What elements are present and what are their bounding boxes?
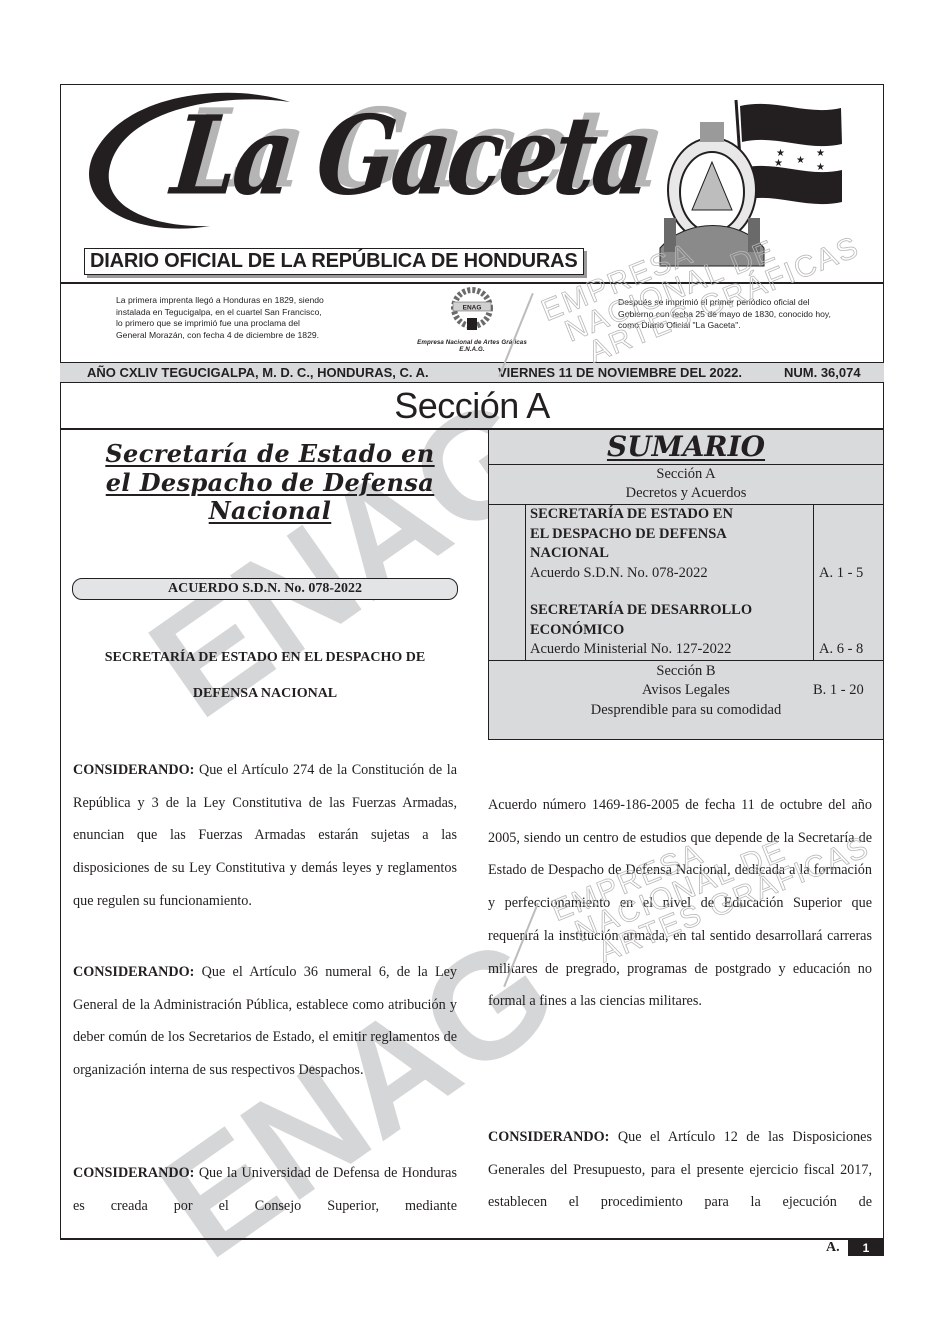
- honduras-coat-of-arms-and-flag-icon: ★★★★★: [656, 98, 906, 278]
- dept-title-line: el Despacho de Defensa: [106, 468, 435, 497]
- paragraph-lead: CONSIDERANDO:: [73, 762, 194, 778]
- sumario-entry[interactable]: SECRETARÍA DE ESTADO EN EL DESPACHO DE D…: [530, 505, 810, 583]
- entry-pages: A. 6 - 8: [819, 640, 863, 660]
- sumario-section-b-note: Desprendible para su comodidad: [489, 701, 883, 721]
- dateline-bar: AÑO CXLIV TEGUCIGALPA, M. D. C., HONDURA…: [60, 362, 884, 383]
- sumario-section-a-sub: Decretos y Acuerdos: [489, 484, 883, 504]
- paragraph-continued: Acuerdo número 1469-186-2005 de fecha 11…: [488, 789, 872, 1018]
- gear-icon: ENAG: [449, 286, 495, 334]
- acuerdo-label: ACUERDO S.D.N. No. 078-2022: [72, 578, 458, 600]
- paragraph-considerando: CONSIDERANDO: Que la Universidad de Defe…: [73, 1157, 457, 1222]
- enag-caption: Empresa Nacional de Artes Gráficas: [402, 339, 542, 346]
- svg-text:★: ★: [774, 158, 783, 169]
- dept-title-line: Secretaría de Estado en: [105, 439, 434, 468]
- paragraph-lead: CONSIDERANDO:: [73, 964, 194, 980]
- entry-item: Acuerdo Ministerial No. 127-2022: [530, 640, 810, 660]
- sumario-entry[interactable]: SECRETARÍA DE DESARROLLO ECONÓMICO Acuer…: [530, 601, 810, 660]
- history-note-right: Después se imprimió el primer periódico …: [618, 297, 838, 332]
- paragraph-considerando: CONSIDERANDO: Que el Artículo 12 de las …: [488, 1121, 872, 1219]
- sumario-box: SUMARIO Sección A Decretos y Acuerdos SE…: [488, 430, 884, 740]
- history-note-left: La primera imprenta llegó a Honduras en …: [116, 295, 328, 341]
- entry-heading: SECRETARÍA DE ESTADO EN: [530, 505, 810, 525]
- paragraph-text: Que el Artículo 274 de la Constitución d…: [73, 762, 457, 909]
- svg-text:★: ★: [816, 148, 825, 159]
- sumario-section-a: Sección A: [489, 465, 883, 485]
- svg-text:ENAG: ENAG: [463, 305, 482, 312]
- dateline-location: AÑO CXLIV TEGUCIGALPA, M. D. C., HONDURA…: [87, 365, 429, 380]
- paragraph-text: Acuerdo número 1469-186-2005 de fecha 11…: [488, 797, 872, 1009]
- entry-item: Acuerdo S.D.N. No. 078-2022: [530, 564, 810, 584]
- dateline-date: VIERNES 11 DE NOVIEMBRE DEL 2022.: [498, 365, 742, 380]
- heading-secretaria-line2: DEFENSA NACIONAL: [60, 686, 470, 702]
- page-number: 1: [848, 1240, 884, 1256]
- paragraph-considerando: CONSIDERANDO: Que el Artículo 274 de la …: [73, 754, 457, 918]
- paragraph-considerando: CONSIDERANDO: Que el Artículo 36 numeral…: [73, 956, 457, 1087]
- section-title: Sección A: [60, 384, 884, 428]
- svg-text:★: ★: [796, 155, 805, 166]
- dept-title-line: Nacional: [209, 496, 332, 525]
- paragraph-lead: CONSIDERANDO:: [488, 1129, 609, 1145]
- entry-heading: SECRETARÍA DE DESARROLLO: [530, 601, 810, 621]
- entry-heading: NACIONAL: [530, 544, 810, 564]
- masthead-rule: [60, 282, 884, 284]
- heading-secretaria-line1: SECRETARÍA DE ESTADO EN EL DESPACHO DE: [60, 650, 470, 666]
- paragraph-lead: CONSIDERANDO:: [73, 1165, 194, 1181]
- issue-number: NUM. 36,074: [784, 365, 861, 380]
- paragraph-text: Que el Artículo 36 numeral 6, de la Ley …: [73, 964, 457, 1078]
- enag-abbrev: E.N.A.G.: [402, 346, 542, 353]
- sumario-section-b: Sección B: [489, 662, 883, 682]
- entry-heading: ECONÓMICO: [530, 621, 810, 641]
- entry-pages: A. 1 - 5: [819, 564, 863, 584]
- department-title: Secretaría de Estado en el Despacho de D…: [70, 440, 470, 526]
- bottom-rule: [60, 1238, 884, 1240]
- masthead-subtitle: DIARIO OFICIAL DE LA REPÚBLICA DE HONDUR…: [84, 248, 584, 275]
- svg-text:★: ★: [816, 162, 825, 173]
- sumario-title: SUMARIO: [489, 430, 883, 464]
- entry-heading: EL DESPACHO DE DEFENSA: [530, 525, 810, 545]
- folio-prefix: A.: [826, 1240, 840, 1256]
- logo-la-gaceta: La Gaceta: [167, 92, 656, 219]
- section-b-pages: B. 1 - 20: [813, 681, 864, 701]
